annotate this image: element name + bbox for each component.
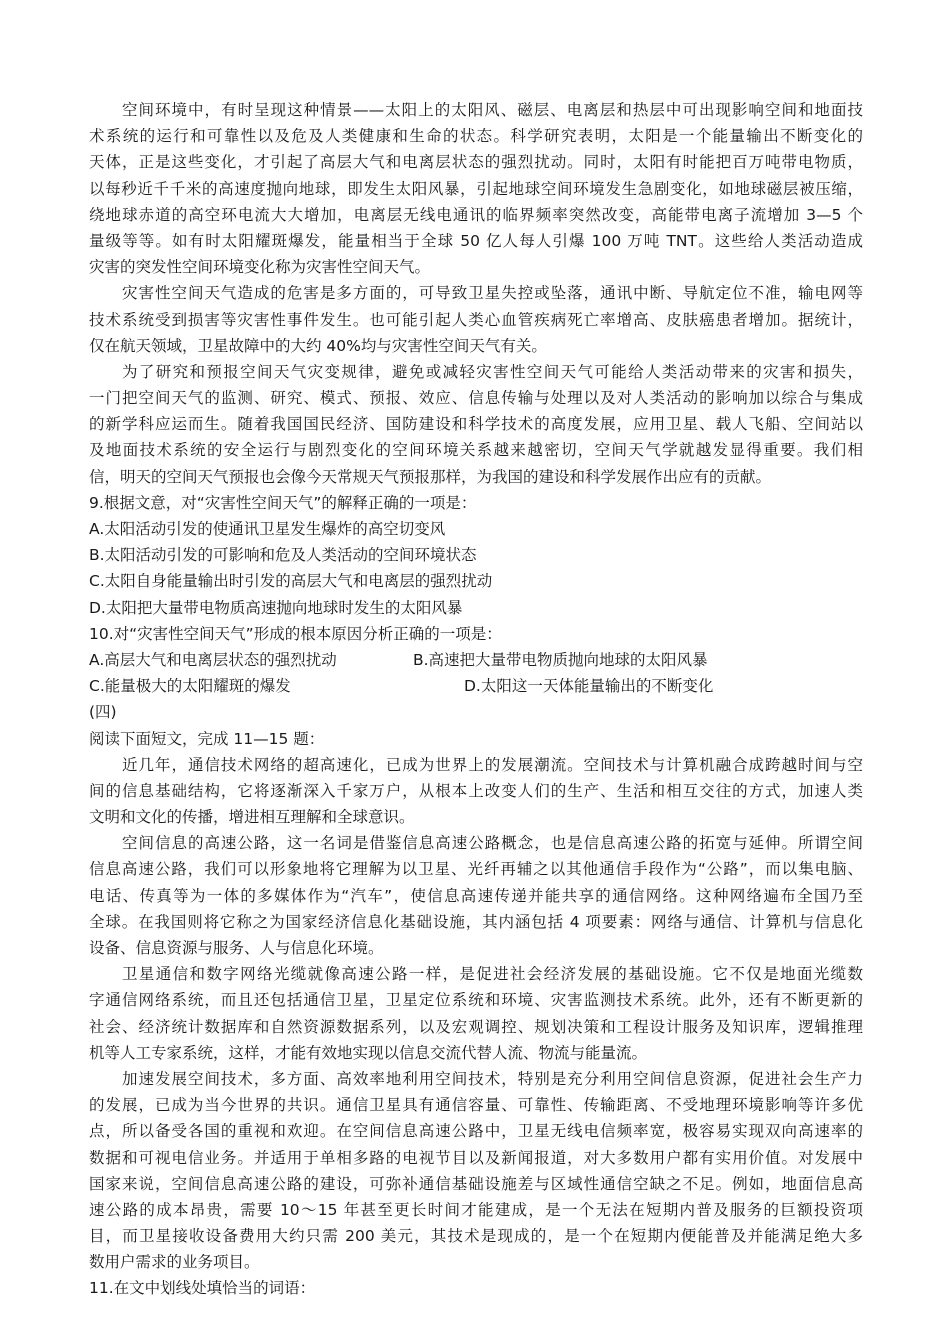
text-line: 机等人工专家系统，这样，才能有效地实现以信息交流代替人流、物流与能量流。 (89, 1040, 863, 1066)
text-line: 全球。在我国则将它称之为国家经济信息化基础设施，其内涵包括 4 项要素：网络与通… (89, 909, 863, 935)
paragraph-hazards: 灾害性空间天气造成的危害是多方面的，可导致卫星失控或坠落，通讯中断、导航定位不准… (89, 280, 863, 359)
text-line: 信息高速公路，我们可以形象地将它理解为以卫星、光纤再辅之以其他通信手段作为“公路… (89, 856, 863, 882)
text-line: 目，而卫星接收设备费用大约只需 200 美元，其技术是现成的，是一个在短期内便能… (89, 1223, 863, 1249)
text-line: 数据和可视电信业务。并适用于单相多路的电视节目以及新闻报道，对大多数用户都有实用… (89, 1145, 863, 1171)
question-stem: 9.根据文意，对“灾害性空间天气”的解释正确的一项是： (89, 490, 863, 516)
paragraph-network-trend: 近几年，通信技术网络的超高速化，已成为世界上的发展潮流。空间技术与计算机融合成跨… (89, 752, 863, 831)
text-line: 一门把空间天气的监测、研究、模式、预报、效应、信息传输与处理以及对人类活动的影响… (89, 385, 863, 411)
paragraph-space-tech-development: 加速发展空间技术，多方面、高效率地利用空间技术，特别是充分利用空间信息资源，促进… (89, 1066, 863, 1276)
paragraph-space-environment: 空间环境中，有时呈现这种情景——太阳上的太阳风、磁层、电离层和热层中可出现影响空… (89, 97, 863, 280)
options-row-2: C.能量极大的太阳耀斑的爆发 D.太阳这一天体能量输出的不断变化 (89, 673, 863, 699)
paragraph-info-highway: 空间信息的高速公路，这一名词是借鉴信息高速公路概念，也是信息高速公路的拓宽与延伸… (89, 830, 863, 961)
text-line: 加速发展空间技术，多方面、高效率地利用空间技术，特别是充分利用空间信息资源，促进… (89, 1066, 863, 1092)
question-11-stem: 11.在文中划线处填恰当的词语： (89, 1275, 863, 1301)
text-line: 灾害的突发性空间环境变化称为灾害性空间天气。 (89, 254, 863, 280)
text-line: 及地面技术系统的安全运行与剧烈变化的空间环境关系越来越密切，空间天气学就越发显得… (89, 437, 863, 463)
text-line: 数用户需求的业务项目。 (89, 1249, 863, 1275)
text-line: 量级等等。如有时太阳耀斑爆发，能量相当于全球 50 亿人每人引爆 100 万吨 … (89, 228, 863, 254)
option-a[interactable]: A.高层大气和电离层状态的强烈扰动 (89, 647, 337, 673)
option-c[interactable]: C.太阳自身能量输出时引发的高层大气和电离层的强烈扰动 (89, 568, 863, 594)
text-line: 信，明天的空间天气预报也会像今天常规天气预报那样，为我国的建设和科学发展作出应有… (89, 464, 863, 490)
document-page: 空间环境中，有时呈现这种情景——太阳上的太阳风、磁层、电离层和热层中可出现影响空… (89, 97, 863, 1302)
paragraph-research: 为了研究和预报空间天气灾变规律，避免或减轻灾害性空间天气可能给人类活动带来的灾害… (89, 359, 863, 490)
text-line: 天体，正是这些变化，才引起了高层大气和电离层状态的强烈扰动。同时，太阳有时能把百… (89, 149, 863, 175)
text-line: 字通信网络系统，而且还包括通信卫星，卫星定位系统和环境、灾害监测技术系统。此外，… (89, 987, 863, 1013)
text-line: 技术系统受到损害等灾害性事件发生。也可能引起人类心血管疾病死亡率增高、皮肤癌患者… (89, 307, 863, 333)
text-line: 卫星通信和数字网络光缆就像高速公路一样，是促进社会经济发展的基础设施。它不仅是地… (89, 961, 863, 987)
text-line: 社会、经济统计数据库和自然资源数据系列，以及宏观调控、规划决策和工程设计服务及知… (89, 1014, 863, 1040)
text-line: 以每秒近千千米的高速度抛向地球，即发生太阳风暴，引起地球空间环境发生急剧变化，如… (89, 176, 863, 202)
text-line: 空间信息的高速公路，这一名词是借鉴信息高速公路概念，也是信息高速公路的拓宽与延伸… (89, 830, 863, 856)
question-10: 10.对“灾害性空间天气”形成的根本原因分析正确的一项是： A.高层大气和电离层… (89, 621, 863, 700)
text-line: 术系统的运行和可靠性以及危及人类健康和生命的状态。科学研究表明，太阳是一个能量输… (89, 123, 863, 149)
option-b[interactable]: B.太阳活动引发的可影响和危及人类活动的空间环境状态 (89, 542, 863, 568)
question-stem: 10.对“灾害性空间天气”形成的根本原因分析正确的一项是： (89, 621, 863, 647)
option-d[interactable]: D.太阳把大量带电物质高速抛向地球时发生的太阳风暴 (89, 595, 863, 621)
text-line: 速公路的成本昂贵，需要 10～15 年甚至更长时间才能建成，是一个无法在短期内普… (89, 1197, 863, 1223)
text-line: 空间环境中，有时呈现这种情景——太阳上的太阳风、磁层、电离层和热层中可出现影响空… (89, 97, 863, 123)
text-line: 的发展，已成为当今世界的共识。通信卫星具有通信容量、可靠性、传输距离、不受地理环… (89, 1092, 863, 1118)
section-heading: (四) (89, 699, 863, 725)
options-row-1: A.高层大气和电离层状态的强烈扰动 B.高速把大量带电物质抛向地球的太阳风暴 (89, 647, 863, 673)
option-b[interactable]: B.高速把大量带电物质抛向地球的太阳风暴 (413, 647, 708, 673)
text-line: 为了研究和预报空间天气灾变规律，避免或减轻灾害性空间天气可能给人类活动带来的灾害… (89, 359, 863, 385)
text-line: 点，所以备受各国的重视和欢迎。在空间信息高速公路中，卫星无线电信频率宽，极容易实… (89, 1118, 863, 1144)
text-line: 设备、信息资源与服务、人与信息化环境。 (89, 935, 863, 961)
text-line: 灾害性空间天气造成的危害是多方面的，可导致卫星失控或坠落，通讯中断、导航定位不准… (89, 280, 863, 306)
text-line: 电话、传真等为一体的多媒体作为“汽车”，使信息高速传递并能共享的通信网络。这种网… (89, 883, 863, 909)
question-9: 9.根据文意，对“灾害性空间天气”的解释正确的一项是： A.太阳活动引发的使通讯… (89, 490, 863, 621)
text-line: 间的信息基础结构，它将逐渐深入千家万户，从根本上改变人们的生产、生活和相互交往的… (89, 778, 863, 804)
text-line: 近几年，通信技术网络的超高速化，已成为世界上的发展潮流。空间技术与计算机融合成跨… (89, 752, 863, 778)
option-d[interactable]: D.太阳这一天体能量输出的不断变化 (464, 673, 713, 699)
text-line: 的新学科应运而生。随着我国国民经济、国防建设和科学技术的高度发展，应用卫星、载人… (89, 411, 863, 437)
paragraph-satellite-infrastructure: 卫星通信和数字网络光缆就像高速公路一样，是促进社会经济发展的基础设施。它不仅是地… (89, 961, 863, 1066)
section-instruction: 阅读下面短文，完成 11—15 题： (89, 726, 863, 752)
text-line: 文明和文化的传播，增进相互理解和全球意识。 (89, 804, 863, 830)
option-a[interactable]: A.太阳活动引发的使通讯卫星发生爆炸的高空切变风 (89, 516, 863, 542)
text-line: 绕地球赤道的高空环电流大大增加，电离层无线电通讯的临界频率突然改变，高能带电离子… (89, 202, 863, 228)
option-c[interactable]: C.能量极大的太阳耀斑的爆发 (89, 673, 291, 699)
text-line: 仅在航天领域，卫星故障中的大约 40%均与灾害性空间天气有关。 (89, 333, 863, 359)
text-line: 国家来说，空间信息高速公路的建设，可弥补通信基础设施差与区域性通信空缺之不足。例… (89, 1171, 863, 1197)
